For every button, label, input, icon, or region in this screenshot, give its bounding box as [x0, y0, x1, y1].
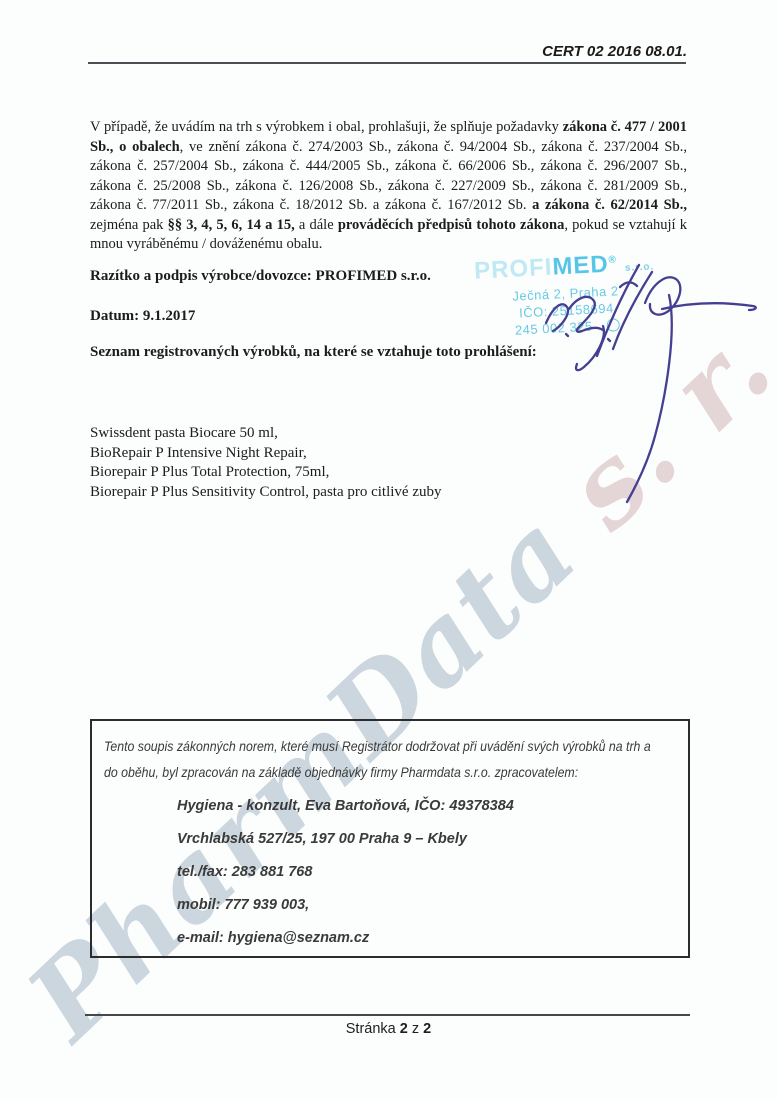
date-label: Datum: 9.1.2017 [90, 308, 195, 325]
registered-products-list: Swissdent pasta Biocare 50 ml, BioRepair… [90, 424, 442, 502]
declaration-seg5: zejména pak [90, 217, 168, 233]
declaration-seg1: V případě, že uvádím na trh s výrobkem i… [90, 119, 563, 135]
contact-address: Vrchlabská 527/25, 197 00 Praha 9 – Kbel… [177, 830, 678, 849]
stamp-phone: 245 002 325 [515, 319, 593, 338]
footer-rule [85, 1014, 690, 1016]
declaration-seg7: a dále [295, 217, 338, 233]
header-rule [88, 62, 686, 64]
footer-separator: z [412, 1021, 419, 1037]
contact-telfax: tel./fax: 283 881 768 [177, 863, 678, 882]
stamp-logo-bold-part: MED [552, 251, 610, 281]
footer-total-pages: 2 [423, 1021, 431, 1037]
stamp-legal-suffix: s.r.o. [625, 261, 655, 274]
product-item: Biorepair P Plus Sensitivity Control, pa… [90, 483, 442, 503]
registered-trademark-icon: ® [608, 254, 617, 265]
registrar-info-box: Tento soupis zákonných norem, které musí… [90, 719, 690, 958]
declaration-seg6-bold: §§ 3, 4, 5, 6, 14 a 15, [168, 217, 295, 233]
declaration-paragraph: V případě, že uvádím na trh s výrobkem i… [90, 118, 687, 255]
stamp-circled-mark-icon [606, 318, 620, 332]
product-list-heading: Seznam registrovaných výrobků, na které … [90, 344, 537, 361]
stamp-signature-label: Razítko a podpis výrobce/dovozce: PROFIM… [90, 268, 431, 285]
product-item: Swissdent pasta Biocare 50 ml, [90, 424, 442, 444]
profimed-company-stamp: PROFIMED® s.r.o. Ječná 2, Praha 2 IČO: 2… [446, 244, 685, 342]
footer-label: Stránka [346, 1021, 396, 1037]
footer-page-number: 2 [400, 1021, 408, 1037]
stamp-logo-faded-part: PROFI [473, 254, 553, 285]
contact-name: Hygiena - konzult, Eva Bartoňová, IČO: 4… [177, 797, 678, 816]
page-number-footer: Stránka 2 z 2 [0, 1021, 777, 1037]
info-box-intro-line: do oběhu, byl zpracován na základě objed… [104, 759, 678, 785]
contact-mobile: mobil: 777 939 003, [177, 896, 678, 915]
contact-email: e-mail: hygiena@seznam.cz [177, 929, 678, 948]
signature-dot [608, 339, 610, 341]
declaration-seg4-bold: a zákona č. 62/2014 Sb., [532, 197, 687, 213]
product-item: BioRepair P Intensive Night Repair, [90, 444, 442, 464]
info-box-intro-line: Tento soupis zákonných norem, které musí… [104, 733, 678, 759]
product-item: Biorepair P Plus Total Protection, 75ml, [90, 463, 442, 483]
document-code: CERT 02 2016 08.01. [542, 43, 687, 60]
declaration-seg8-bold: prováděcích předpisů tohoto zákona [338, 217, 565, 233]
